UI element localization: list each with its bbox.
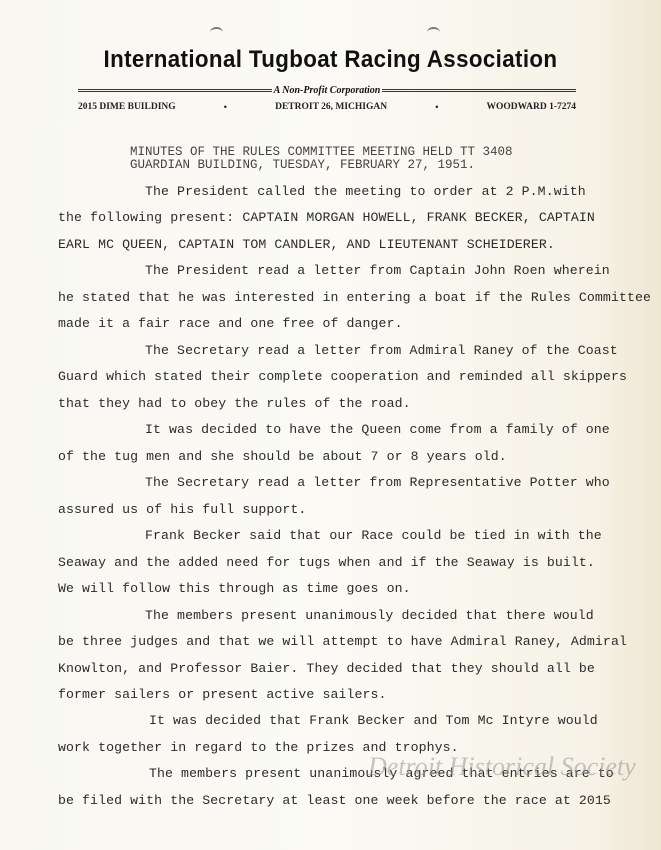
body-line: the following present: CAPTAIN MORGAN HO… xyxy=(58,210,595,225)
body-line: The members present unanimously decided … xyxy=(145,608,594,623)
body-line: The Secretary read a letter from Admiral… xyxy=(145,343,618,358)
body-line: The President called the meeting to orde… xyxy=(145,184,586,199)
body-line: The members present unanimously agreed t… xyxy=(149,766,614,781)
body-line: assured us of his full support. xyxy=(58,502,306,517)
body-line: It was decided to have the Queen come fr… xyxy=(145,422,610,437)
rule-right xyxy=(382,89,576,92)
phone-number: WOODWARD 1-7274 xyxy=(487,102,576,112)
address-bar: 2015 DIME BUILDING • DETROIT 26, MICHIGA… xyxy=(78,102,576,112)
body-line: be filed with the Secretary at least one… xyxy=(58,793,611,808)
subtitle-rule: A Non-Profit Corporation xyxy=(78,84,576,96)
body-line: Guard which stated their complete cooper… xyxy=(58,369,627,384)
body-line: Seaway and the added need for tugs when … xyxy=(58,555,595,570)
body-line: made it a fair race and one free of dang… xyxy=(58,316,403,331)
body-line: The Secretary read a letter from Represe… xyxy=(145,475,610,490)
body-line: The President read a letter from Captain… xyxy=(145,263,610,278)
punch-hole-left xyxy=(210,27,223,38)
bullet-icon: • xyxy=(435,102,438,112)
bullet-icon: • xyxy=(224,102,227,112)
body-line: Frank Becker said that our Race could be… xyxy=(145,528,602,543)
body-line: We will follow this through as time goes… xyxy=(58,581,411,596)
body-line: of the tug men and she should be about 7… xyxy=(58,449,507,464)
body-line: work together in regard to the prizes an… xyxy=(58,740,459,755)
body-line: that they had to obey the rules of the r… xyxy=(58,396,411,411)
rule-left xyxy=(78,89,272,92)
street-address: 2015 DIME BUILDING xyxy=(78,102,176,112)
body-line: be three judges and that we will attempt… xyxy=(58,634,627,649)
punch-hole-right xyxy=(427,27,440,38)
city-address: DETROIT 26, MICHIGAN xyxy=(275,102,387,112)
body-line: Knowlton, and Professor Baier. They deci… xyxy=(58,661,595,676)
body-line: It was decided that Frank Becker and Tom… xyxy=(149,713,598,728)
minutes-heading: MINUTES OF THE RULES COMMITTEE MEETING H… xyxy=(130,146,513,172)
subtitle: A Non-Profit Corporation xyxy=(272,85,383,96)
organization-title: International Tugboat Racing Association xyxy=(23,46,638,74)
body-line: EARL MC QUEEN, CAPTAIN TOM CANDLER, AND … xyxy=(58,237,555,252)
heading-line-2: GUARDIAN BUILDING, TUESDAY, FEBRUARY 27,… xyxy=(130,159,513,172)
body-line: he stated that he was interested in ente… xyxy=(58,290,651,305)
body-line: former sailers or present active sailers… xyxy=(58,687,387,702)
